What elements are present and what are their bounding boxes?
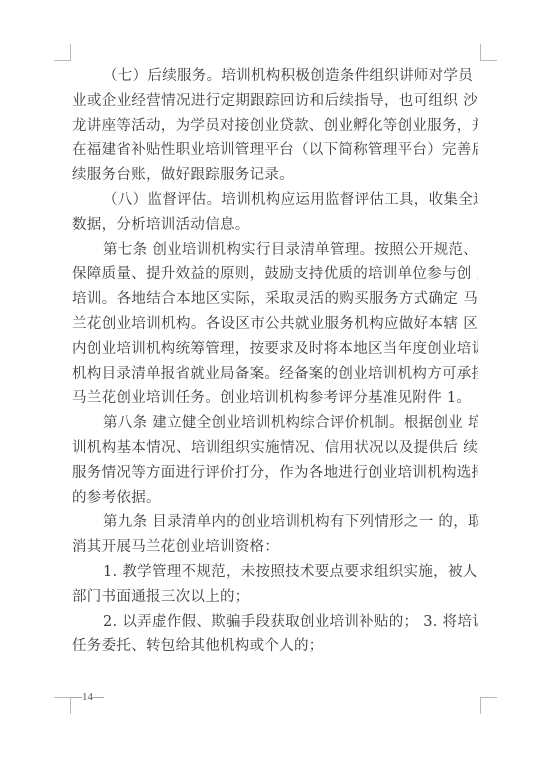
text-line: （七）后续服务。培训机构积极创造条件组织讲师对学员 创 (72, 64, 478, 89)
text-line: 马兰花创业培训任务。创业培训机构参考评分基准见附件 1。 (72, 386, 478, 411)
crop-mark-bottom-left (54, 697, 71, 714)
text-line: 任务委托、转包给其他机构或个人的； (72, 634, 478, 659)
text-line: 训机构基本情况、培训组织实施情况、信用状况以及提供后 续 (72, 436, 478, 461)
text-line: 2. 以弄虚作假、欺骗手段获取创业培训补贴的； 3. 将培训 (72, 610, 478, 635)
text-line: 第八条 建立健全创业培训机构综合评价机制。根据创业 培 (72, 411, 478, 436)
text-line: 培训。各地结合本地区实际，采取灵活的购买服务方式确定 马 (72, 287, 478, 312)
document-body: （七）后续服务。培训机构积极创造条件组织讲师对学员 创业或企业经营情况进行定期跟… (72, 64, 478, 659)
text-line: 1. 教学管理不规范，未按照技术要点要求组织实施，被人社 (72, 560, 478, 585)
document-page: （七）后续服务。培训机构积极创造条件组织讲师对学员 创业或企业经营情况进行定期跟… (0, 0, 546, 770)
text-line: （八）监督评估。培训机构应运用监督评估工具，收集全过程 (72, 188, 478, 213)
text-line: 服务情况等方面进行评价打分，作为各地进行创业培训机构选择 (72, 461, 478, 486)
text-line: 数据，分析培训活动信息。 (72, 213, 478, 238)
text-line: 第九条 目录清单内的创业培训机构有下列情形之一 的，取 (72, 510, 478, 535)
text-line: 内创业培训机构统筹管理，按要求及时将本地区当年度创业培训 (72, 337, 478, 362)
text-line: 在福建省补贴性职业培训管理平台（以下简称管理平台）完善后 (72, 138, 478, 163)
text-line: 龙讲座等活动，为学员对接创业贷款、创业孵化等创业服务，并 (72, 114, 478, 139)
crop-mark-bottom-right (480, 697, 497, 714)
text-line: 部门书面通报三次以上的； (72, 585, 478, 610)
crop-mark-top-left (54, 44, 71, 61)
text-line: 第七条 创业培训机构实行目录清单管理。按照公开规范、 (72, 238, 478, 263)
text-line: 业或企业经营情况进行定期跟踪回访和后续指导，也可组织 沙 (72, 89, 478, 114)
text-line: 机构目录清单报省就业局备案。经备案的创业培训机构方可承接 (72, 362, 478, 387)
text-line: 消其开展马兰花创业培训资格： (72, 535, 478, 560)
text-line: 续服务台账，做好跟踪服务记录。 (72, 163, 478, 188)
crop-mark-top-right (480, 44, 497, 61)
text-line: 保障质量、提升效益的原则，鼓励支持优质的培训单位参与创 业 (72, 262, 478, 287)
text-line: 的参考依据。 (72, 486, 478, 511)
page-number: —14— (71, 689, 104, 705)
text-line: 兰花创业培训机构。各设区市公共就业服务机构应做好本辖 区 (72, 312, 478, 337)
